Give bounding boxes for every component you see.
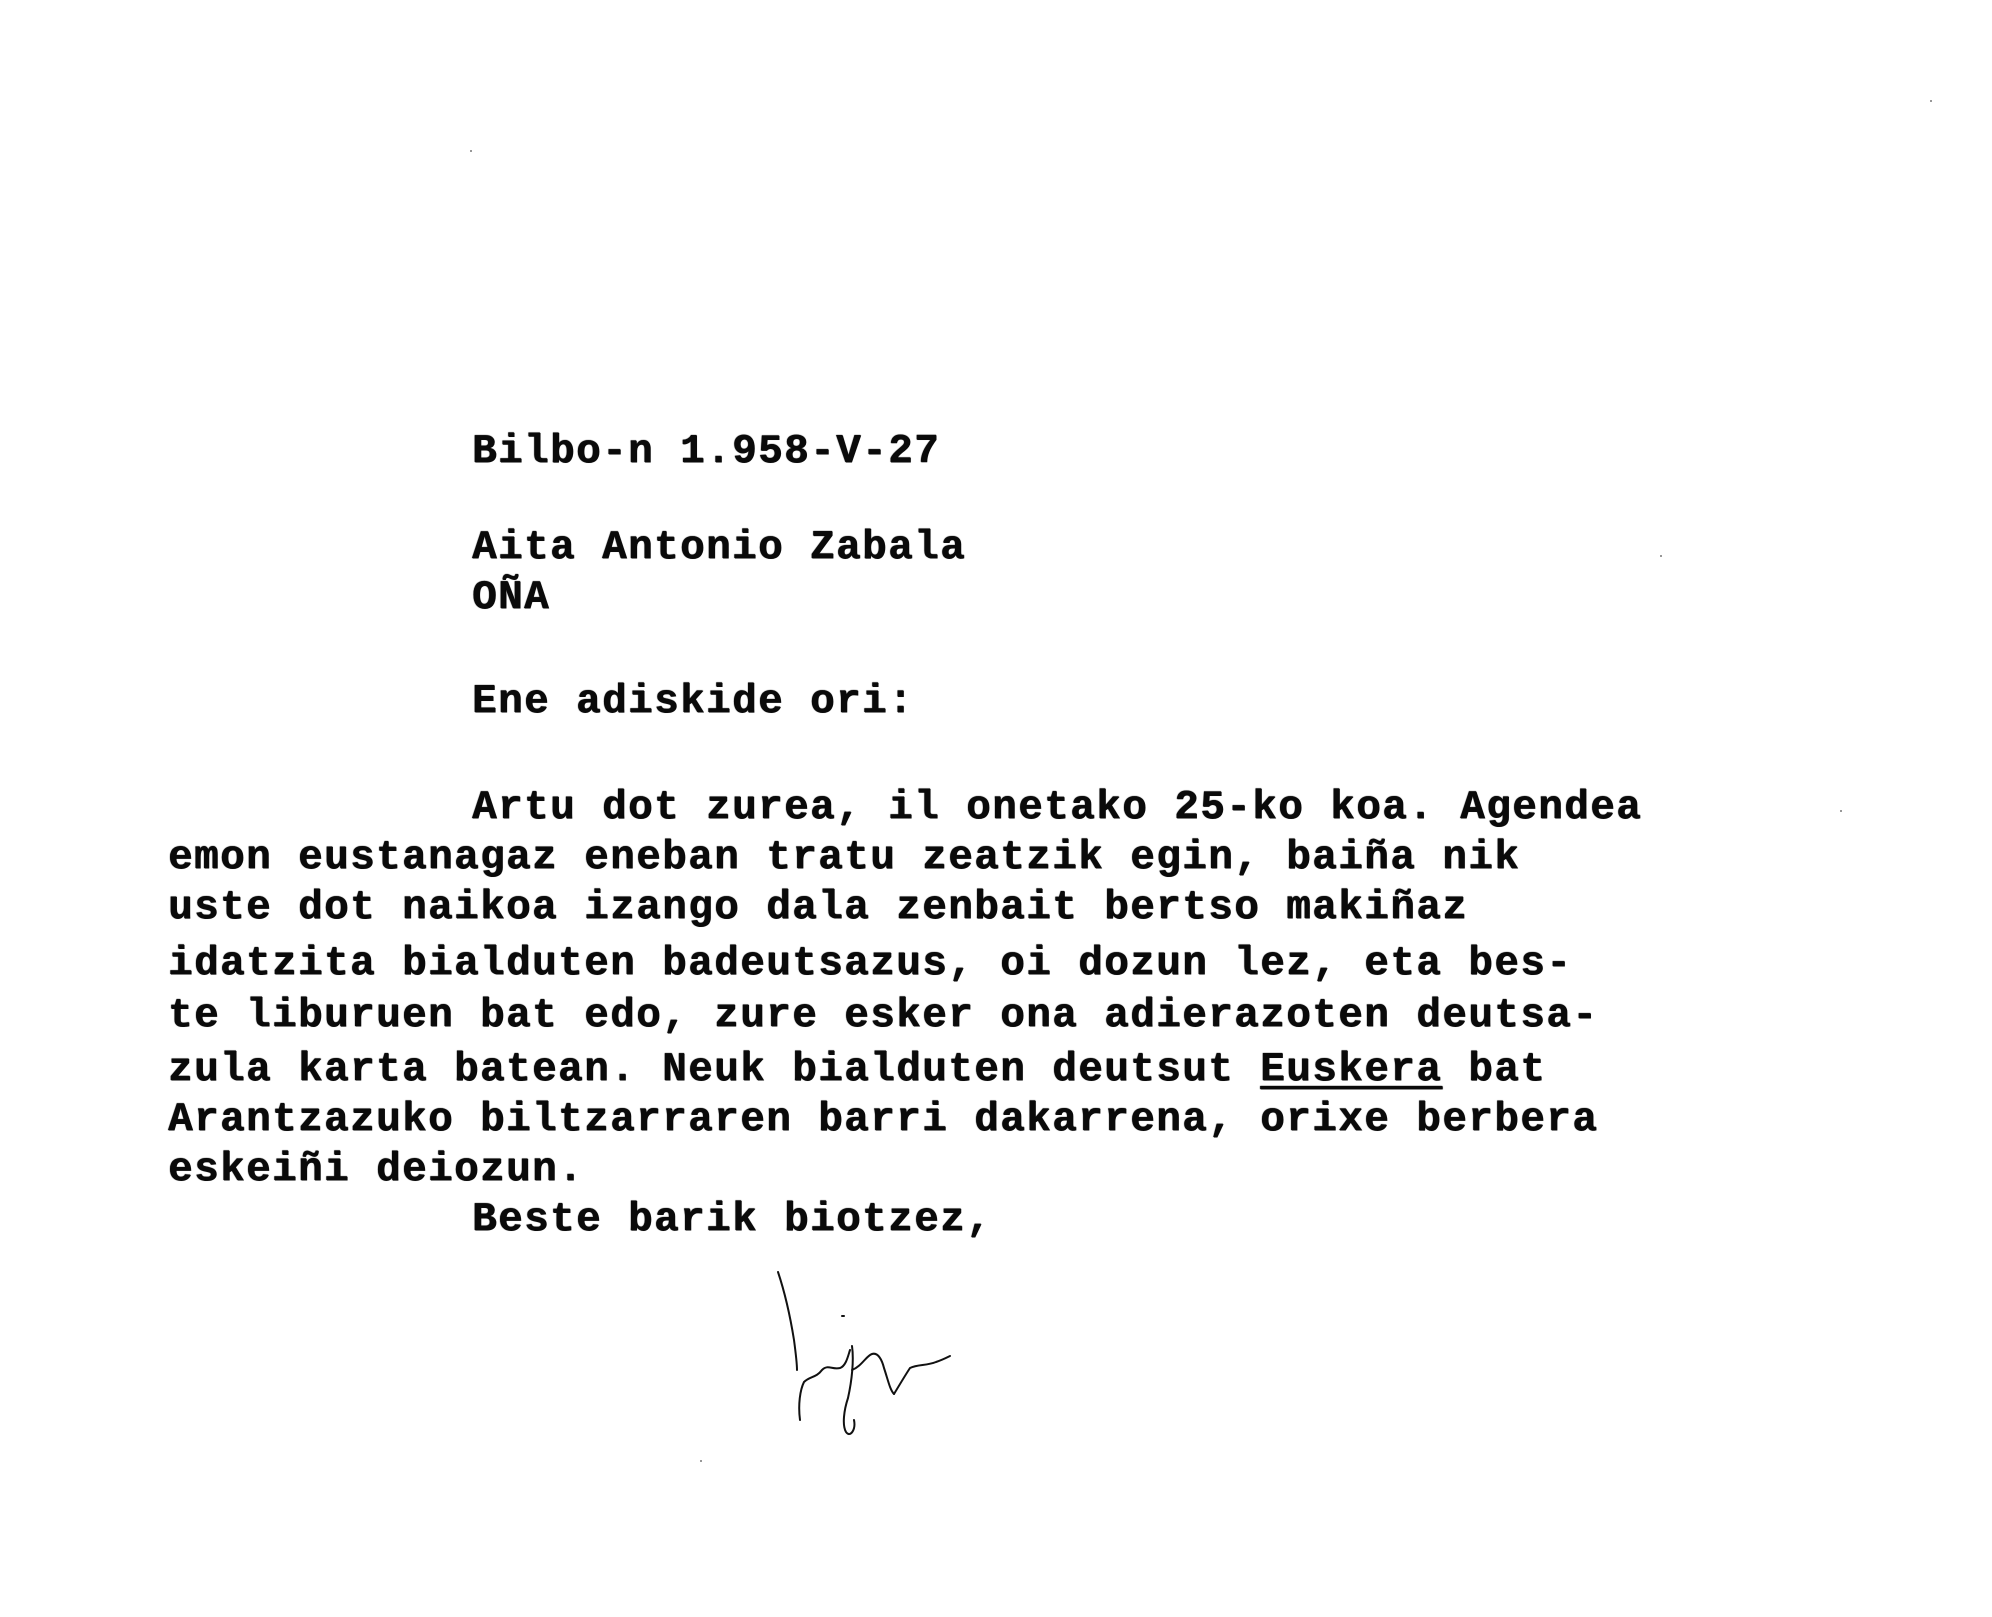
underlined-title: Euskera bbox=[1260, 1047, 1442, 1093]
body-line: zula karta batean. Neuk bialduten deutsu… bbox=[168, 1050, 1546, 1091]
signature-icon bbox=[770, 1270, 1040, 1460]
recipient-name: Aita Antonio Zabala bbox=[472, 528, 966, 569]
body-line: te liburuen bat edo, zure esker ona adie… bbox=[168, 996, 1598, 1037]
body-line: Artu dot zurea, il onetako 25-ko koa. Ag… bbox=[472, 788, 1642, 829]
body-line: idatzita bialduten badeutsazus, oi dozun… bbox=[168, 944, 1572, 985]
paper-speck bbox=[1840, 810, 1842, 812]
closing-line: Beste barik biotzez, bbox=[472, 1200, 992, 1241]
salutation: Ene adiskide ori: bbox=[472, 682, 914, 723]
paper-speck bbox=[1930, 100, 1932, 102]
body-line-tail: bat bbox=[1442, 1047, 1546, 1093]
body-line-text: zula karta batean. Neuk bialduten deutsu… bbox=[168, 1047, 1260, 1093]
paper-speck bbox=[700, 1460, 702, 1462]
body-line: eskeiñi deiozun. bbox=[168, 1150, 584, 1191]
body-line: uste dot naikoa izango dala zenbait bert… bbox=[168, 888, 1468, 929]
date-line: Bilbo-n 1.958-V-27 bbox=[472, 432, 940, 473]
body-line: Arantzazuko biltzarraren barri dakarrena… bbox=[168, 1100, 1598, 1141]
paper-speck bbox=[470, 150, 472, 152]
body-line: emon eustanagaz eneban tratu zeatzik egi… bbox=[168, 838, 1520, 879]
recipient-place: OÑA bbox=[472, 578, 550, 619]
paper-speck bbox=[1660, 555, 1662, 557]
